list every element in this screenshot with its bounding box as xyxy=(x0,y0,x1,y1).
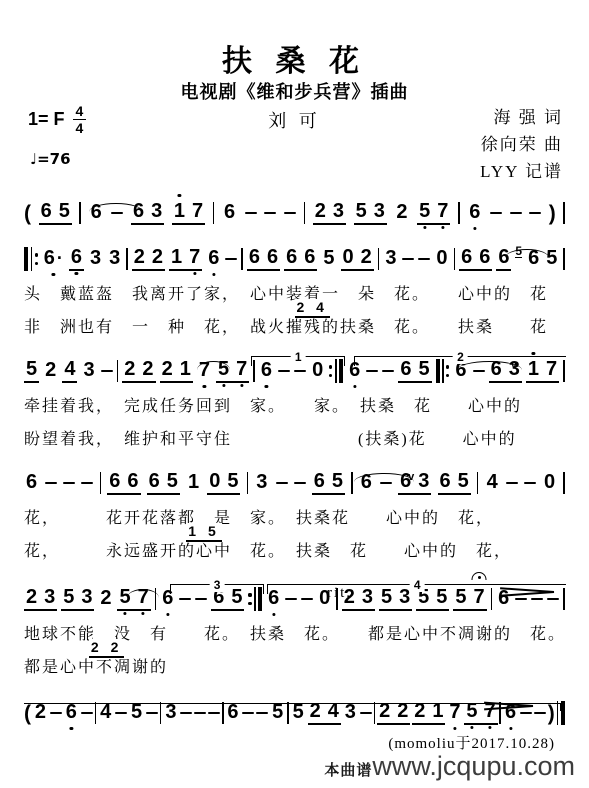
note-token: 2 xyxy=(43,360,58,382)
rit-text: rit. xyxy=(327,585,352,602)
note-digit: 6 xyxy=(469,202,480,222)
duration-dash xyxy=(146,712,158,715)
note-digit: 3 xyxy=(385,248,396,268)
watermark-prefix: 本曲谱 xyxy=(324,759,372,780)
note-token: 0 xyxy=(434,248,449,270)
note-digit: 2 xyxy=(315,201,326,221)
music-system-1: 6·63322176666650230666565头 戴蓝盔 我离开了家， 心中… xyxy=(24,244,565,340)
low-octave-dot xyxy=(222,384,225,387)
duration-dash xyxy=(111,212,123,215)
volta-bracket: 2 xyxy=(354,356,566,366)
transcriber-credit: LYY 记谱 xyxy=(480,158,563,185)
low-octave-dot xyxy=(52,273,55,276)
low-octave-dot xyxy=(453,727,456,730)
note-token: 3 xyxy=(88,248,103,270)
duration-dash xyxy=(256,712,268,715)
duration-dash xyxy=(45,482,57,485)
note-digit: 5 xyxy=(323,248,334,268)
note-digit: 2 xyxy=(26,587,37,607)
note-token: 23 xyxy=(24,587,57,611)
duration-dash xyxy=(276,482,288,485)
note-token: 57 xyxy=(417,201,450,225)
note-token: 6 xyxy=(467,202,482,224)
note-digit: 6 xyxy=(71,247,82,267)
duration-dash xyxy=(520,712,532,715)
repeat-start-sign xyxy=(24,247,38,271)
tempo-marking: ♩=76 xyxy=(30,150,71,168)
notes-row: 6·63322176666650230666565 xyxy=(24,244,565,274)
note-digit: 6 xyxy=(224,202,235,222)
note-digit: 6· xyxy=(44,248,63,268)
low-octave-dot xyxy=(272,613,275,616)
note-token: 2 xyxy=(394,202,409,224)
note-digit: 2 xyxy=(152,247,163,267)
watermark-url: www.jcqupu.com xyxy=(372,751,575,782)
low-octave-dot xyxy=(470,726,473,729)
note-token: 66 xyxy=(459,247,492,271)
lyricist-credit: 海 强 词 xyxy=(480,104,563,131)
note-token: 65 xyxy=(39,201,72,225)
note-digit: 7 xyxy=(437,201,448,221)
barline xyxy=(351,472,353,494)
note-digit: 2 xyxy=(124,359,135,379)
note-digit: 6 xyxy=(41,201,52,221)
note-token: 6· xyxy=(42,248,65,270)
barline xyxy=(563,472,565,494)
open-paren: ( xyxy=(24,203,31,224)
fermata-icon xyxy=(472,572,487,580)
barline xyxy=(241,248,243,270)
slur-arc xyxy=(197,361,229,370)
duration-dash xyxy=(490,212,502,215)
note-digit: 3 xyxy=(151,201,162,221)
transcription-credit: (momoliu于2017.10.28) xyxy=(0,732,589,753)
duration-dash xyxy=(547,598,559,601)
low-octave-dot xyxy=(441,226,444,229)
barline xyxy=(454,248,456,270)
barline xyxy=(378,248,380,270)
note-digit: 6 xyxy=(314,471,325,491)
note-token: 66 xyxy=(107,471,140,495)
low-octave-dot xyxy=(212,273,215,276)
note-digit: 5 xyxy=(59,201,70,221)
barline xyxy=(304,202,306,224)
volta-number: 3 xyxy=(210,578,225,592)
barline xyxy=(477,472,479,494)
note-digit: 2 xyxy=(361,247,372,267)
note-digit: 6 xyxy=(149,471,160,491)
note-digit: 5 xyxy=(356,201,367,221)
alt-verse-note-hint: 2 4 xyxy=(295,299,330,318)
note-digit: 5 xyxy=(63,587,74,607)
note-digit: 5 xyxy=(419,201,430,221)
low-octave-dot xyxy=(509,727,512,730)
barline xyxy=(100,472,102,494)
tempo-value: =76 xyxy=(37,150,70,168)
note-token: 4 xyxy=(485,472,500,494)
note-token: 65 xyxy=(438,471,471,495)
site-watermark: 本曲谱 www.jcqupu.com xyxy=(324,751,575,782)
duration-dash xyxy=(194,712,206,715)
low-octave-dot xyxy=(203,385,206,388)
volta-bracket: 3 xyxy=(170,584,264,594)
lyric-line: 花， 永远盛开的心中 花。 扶桑 花 心中的 花，1 5 xyxy=(24,540,565,564)
duration-dash xyxy=(531,598,543,601)
note-digit: 3 xyxy=(333,201,344,221)
close-paren: ) xyxy=(549,203,556,224)
duration-dash xyxy=(225,258,237,261)
note-digit: 5 xyxy=(332,471,343,491)
note-token: 6 xyxy=(222,202,237,224)
note-digit: 1 xyxy=(180,359,191,379)
lyric-line: 非 洲也有 一 种 花， 战火摧残的扶桑 花。 扶桑 花2 4 xyxy=(24,316,565,340)
note-digit: 5 xyxy=(26,359,37,379)
duration-dash xyxy=(529,212,541,215)
music-system-outro: (2645365524322217576) xyxy=(24,698,565,728)
decrescendo-hairpin xyxy=(484,701,533,710)
augmentation-dot: · xyxy=(57,248,63,268)
note-digit: 1 xyxy=(188,472,199,492)
low-octave-dot xyxy=(423,226,426,229)
duration-dash xyxy=(524,482,536,485)
duration-dash xyxy=(101,370,113,373)
low-octave-dot xyxy=(265,385,268,388)
composer-credit: 徐向荣 曲 xyxy=(480,131,563,158)
duration-dash xyxy=(245,212,257,215)
breath-mark: v xyxy=(511,359,517,371)
duration-dash xyxy=(294,370,306,373)
duration-dash xyxy=(366,370,378,373)
barline xyxy=(126,248,128,270)
note-token: 63 xyxy=(131,201,164,225)
note-digit: 5 xyxy=(546,248,557,268)
sheet-music-page: 扶 桑 花 电视剧《维和步兵营》插曲 1= F 4 4 刘 可 海 强 词 徐向… xyxy=(0,0,589,788)
barline xyxy=(79,202,81,224)
note-digit: 6 xyxy=(249,247,260,267)
note-digit: 2 xyxy=(396,202,407,222)
note-token: 65 xyxy=(312,471,345,495)
note-digit: 1 xyxy=(171,247,182,267)
note-digit: 7 xyxy=(189,247,200,267)
note-token: 23 xyxy=(313,201,346,225)
note-digit: 5 xyxy=(167,471,178,491)
note-digit: 4 xyxy=(64,359,75,379)
note-digit: 3 xyxy=(109,248,120,268)
low-octave-dot xyxy=(75,272,78,275)
decrescendo-hairpin xyxy=(500,587,554,596)
phrase-overline xyxy=(24,703,561,711)
note-token: 22 xyxy=(122,359,155,383)
note-digit: 5 xyxy=(458,471,469,491)
note-digit: 7 xyxy=(192,201,203,221)
note-token: 5 xyxy=(24,359,39,383)
alt-verse-note-hint: 2 2 xyxy=(89,639,124,658)
note-digit: 6 xyxy=(286,247,297,267)
lyric-line: 盼望着我， 维护和平守住 (扶桑)花 心中的 xyxy=(24,428,565,452)
note-token: 17 xyxy=(172,201,205,225)
note-digit: 2 xyxy=(134,247,145,267)
note-token: 6 xyxy=(24,472,39,494)
barline xyxy=(563,202,565,224)
volta-number: 4 xyxy=(410,578,425,592)
volta-number: 1 xyxy=(291,350,306,364)
note-token: 5 xyxy=(321,248,336,270)
duration-dash xyxy=(360,712,372,715)
note-digit: 0 xyxy=(544,472,555,492)
duration-dash xyxy=(510,212,522,215)
lyric-line: 花， 花开花落都 是 家。 扶桑花 心中的 花， xyxy=(24,507,565,531)
barline xyxy=(213,202,215,224)
note-token: 3 xyxy=(254,472,269,494)
duration-dash xyxy=(301,598,313,601)
score-body: (6566317623532576) 6·6332217666665023066… xyxy=(0,198,589,728)
duration-dash xyxy=(506,482,518,485)
note-token: 65 xyxy=(147,471,180,495)
duration-dash xyxy=(515,598,527,601)
low-octave-dot xyxy=(353,385,356,388)
note-digit: 3 xyxy=(83,360,94,380)
note-digit: 6 xyxy=(26,472,37,492)
note-token: 6 xyxy=(206,248,221,270)
duration-dash xyxy=(208,712,220,715)
note-digit: 2 xyxy=(45,360,56,380)
note-digit: 2 xyxy=(142,359,153,379)
song-title: 扶 桑 花 xyxy=(0,36,589,80)
duration-dash xyxy=(284,212,296,215)
note-token: 4 xyxy=(62,359,77,383)
duration-dash xyxy=(382,370,394,373)
note-token: 53 xyxy=(61,587,94,611)
low-octave-dot xyxy=(473,227,476,230)
duration-dash xyxy=(81,712,93,715)
note-digit: 7 xyxy=(236,359,247,379)
note-digit: 3 xyxy=(418,471,429,491)
note-digit: 3 xyxy=(256,472,267,492)
note-token: 66 xyxy=(247,247,280,271)
note-token: 1 xyxy=(186,472,201,494)
note-digit: 3 xyxy=(44,587,55,607)
breath-mark: v xyxy=(408,471,414,483)
note-digit: 2 xyxy=(100,588,111,608)
score-header: 扶 桑 花 电视剧《维和步兵营》插曲 1= F 4 4 刘 可 海 强 词 徐向… xyxy=(0,0,589,182)
note-token: 05 xyxy=(207,471,240,495)
duration-dash xyxy=(115,712,127,715)
note-token: 2 xyxy=(98,588,113,610)
note-digit: 6 xyxy=(440,471,451,491)
lyric-line: 牵挂着我， 完成任务回到 家。 家。 扶桑 花 心中的 xyxy=(24,395,565,419)
high-octave-dot xyxy=(178,194,181,197)
low-octave-dot xyxy=(142,612,145,615)
duration-dash xyxy=(534,712,546,715)
note-token: 6 xyxy=(496,247,511,271)
note-digit: 6 xyxy=(208,248,219,268)
barline xyxy=(247,472,249,494)
note-digit: 6 xyxy=(479,247,490,267)
note-digit: 0 xyxy=(343,247,354,267)
repeat-dots xyxy=(35,247,38,271)
note-token: 53 xyxy=(354,201,387,225)
notes-row: (6566317623532576) xyxy=(24,198,565,228)
note-digit: 4 xyxy=(487,472,498,492)
music-system-3: 666651053656636540v花， 花开花落都 是 家。 扶桑花 心中的… xyxy=(24,468,565,564)
music-system-2: 52432221757606656631712v牵挂着我， 完成任务回到 家。 … xyxy=(24,356,565,452)
note-token: 66 xyxy=(284,247,317,271)
high-octave-dot xyxy=(532,352,535,355)
note-token: 3 xyxy=(81,360,96,382)
note-token: 02 xyxy=(341,247,374,271)
music-system-intro: (6566317623532576) xyxy=(24,198,565,228)
alt-verse-note-hint: 1 5 xyxy=(186,523,221,542)
note-digit: 1 xyxy=(174,201,185,221)
duration-dash xyxy=(418,258,430,261)
duration-dash xyxy=(285,598,297,601)
duration-dash xyxy=(179,598,191,601)
low-octave-dot xyxy=(70,727,73,730)
duration-dash xyxy=(81,482,93,485)
note-digit: 6 xyxy=(304,247,315,267)
duration-dash xyxy=(264,212,276,215)
volta-bracket: 1 xyxy=(251,356,345,366)
note-digit: 3 xyxy=(374,201,385,221)
volta-number: 2 xyxy=(453,350,468,364)
song-subtitle: 电视剧《维和步兵营》插曲 xyxy=(0,78,589,104)
low-octave-dot xyxy=(488,726,491,729)
duration-dash xyxy=(380,482,392,485)
credits-block: 海 强 词 徐向荣 曲 LYY 记谱 xyxy=(480,104,563,185)
low-octave-dot xyxy=(123,612,126,615)
note-digit: 6 xyxy=(267,247,278,267)
note-token: 6 xyxy=(69,247,84,271)
low-octave-dot xyxy=(193,272,196,275)
note-token: 21 xyxy=(160,359,193,383)
barline xyxy=(117,360,119,382)
note-digit: 2 xyxy=(162,359,173,379)
note-digit: 0 xyxy=(436,248,447,268)
duration-dash xyxy=(195,598,207,601)
duration-dash xyxy=(294,482,306,485)
music-system-4: 23532576656023535557634rit.地球不能 没 有 花。 扶… xyxy=(24,584,565,680)
note-digit: 6 xyxy=(109,471,120,491)
note-digit: 0 xyxy=(209,471,220,491)
note-token: 3 xyxy=(107,248,122,270)
duration-dash xyxy=(278,370,290,373)
duration-dash xyxy=(180,712,192,715)
note-digit: 5 xyxy=(227,471,238,491)
low-octave-dot xyxy=(240,384,243,387)
barline xyxy=(563,248,565,270)
notes-row: 666651053656636540 xyxy=(24,468,565,498)
duration-dash xyxy=(473,370,485,373)
note-token: 0 xyxy=(542,472,557,494)
note-digit: 6 xyxy=(461,247,472,267)
low-octave-dot xyxy=(166,613,169,616)
duration-dash xyxy=(50,712,62,715)
note-token: 22 xyxy=(132,247,165,271)
note-token: 17 xyxy=(169,247,202,271)
note-digit: 3 xyxy=(90,248,101,268)
duration-dash xyxy=(402,258,414,261)
duration-dash xyxy=(63,482,75,485)
note-digit: 6 xyxy=(127,471,138,491)
barline xyxy=(458,202,460,224)
lyric-line: 都是心中不凋谢的2 2 xyxy=(24,656,565,680)
note-digit: 3 xyxy=(81,587,92,607)
note-token: 3 xyxy=(383,248,398,270)
duration-dash xyxy=(242,712,254,715)
